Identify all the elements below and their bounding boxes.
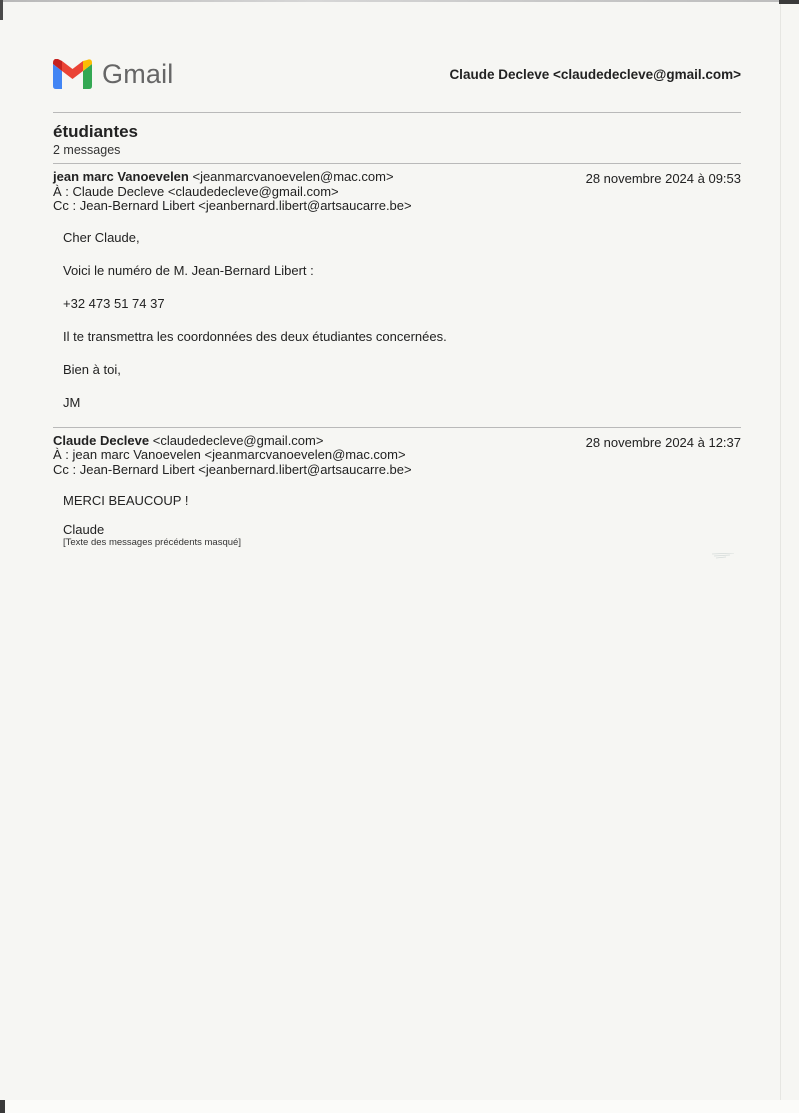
gmail-wordmark: Gmail xyxy=(102,58,174,90)
sender-email: <claudedecleve@gmail.com> xyxy=(149,433,323,448)
sender-name: jean marc Vanoevelen xyxy=(53,169,189,184)
body-line: Cher Claude, xyxy=(63,230,741,245)
body-line: Il te transmettra les coordonnées des de… xyxy=(63,329,741,344)
body-line: +32 473 51 74 37 xyxy=(63,296,741,311)
message-date: 28 novembre 2024 à 09:53 xyxy=(586,171,741,186)
body-line: MERCI BEAUCOUP ! xyxy=(63,493,741,508)
message-body: MERCI BEAUCOUP ! Claude [Texte des messa… xyxy=(53,477,741,549)
scan-edge-left-bottom-mark xyxy=(0,1100,5,1113)
body-line: Voici le numéro de M. Jean-Bernard Liber… xyxy=(63,263,741,278)
header-divider xyxy=(53,112,741,113)
sender-email: <jeanmarcvanoevelen@mac.com> xyxy=(189,169,394,184)
scan-edge-top xyxy=(0,0,780,2)
printed-email-page: Gmail Claude Decleve <claudedecleve@gmai… xyxy=(53,58,741,549)
account-label: Claude Decleve <claudedecleve@gmail.com> xyxy=(449,67,741,82)
recipient-cc: Cc : Jean-Bernard Libert <jeanbernard.li… xyxy=(53,463,741,478)
message-1: jean marc Vanoevelen <jeanmarcvanoevelen… xyxy=(53,164,741,410)
body-line: Bien à toi, xyxy=(63,362,741,377)
thread-subject: étudiantes xyxy=(53,121,741,142)
message-date: 28 novembre 2024 à 12:37 xyxy=(586,435,741,450)
signature: Claude xyxy=(63,522,741,537)
message-2: Claude Decleve <claudedecleve@gmail.com>… xyxy=(53,428,741,550)
recipient-cc: Cc : Jean-Bernard Libert <jeanbernard.li… xyxy=(53,199,741,214)
scan-edge-right-mark xyxy=(779,0,799,4)
body-line: JM xyxy=(63,395,741,410)
sender-name: Claude Decleve xyxy=(53,433,149,448)
thread-message-count: 2 messages xyxy=(53,142,741,158)
recipient-to: À : jean marc Vanoevelen <jeanmarcvanoev… xyxy=(53,448,741,463)
scan-smudge xyxy=(712,553,734,559)
scan-edge-right-line xyxy=(780,4,781,1109)
gmail-logo: Gmail xyxy=(53,58,174,90)
recipient-to: À : Claude Decleve <claudedecleve@gmail.… xyxy=(53,185,741,200)
scan-edge-bottom xyxy=(0,1100,799,1113)
message-body: Cher Claude, Voici le numéro de M. Jean-… xyxy=(53,214,741,410)
gmail-m-logo-icon xyxy=(53,59,92,89)
print-header: Gmail Claude Decleve <claudedecleve@gmai… xyxy=(53,58,741,112)
scan-edge-left-mark xyxy=(0,0,3,20)
quoted-text-notice: [Texte des messages précédents masqué] xyxy=(63,537,741,549)
